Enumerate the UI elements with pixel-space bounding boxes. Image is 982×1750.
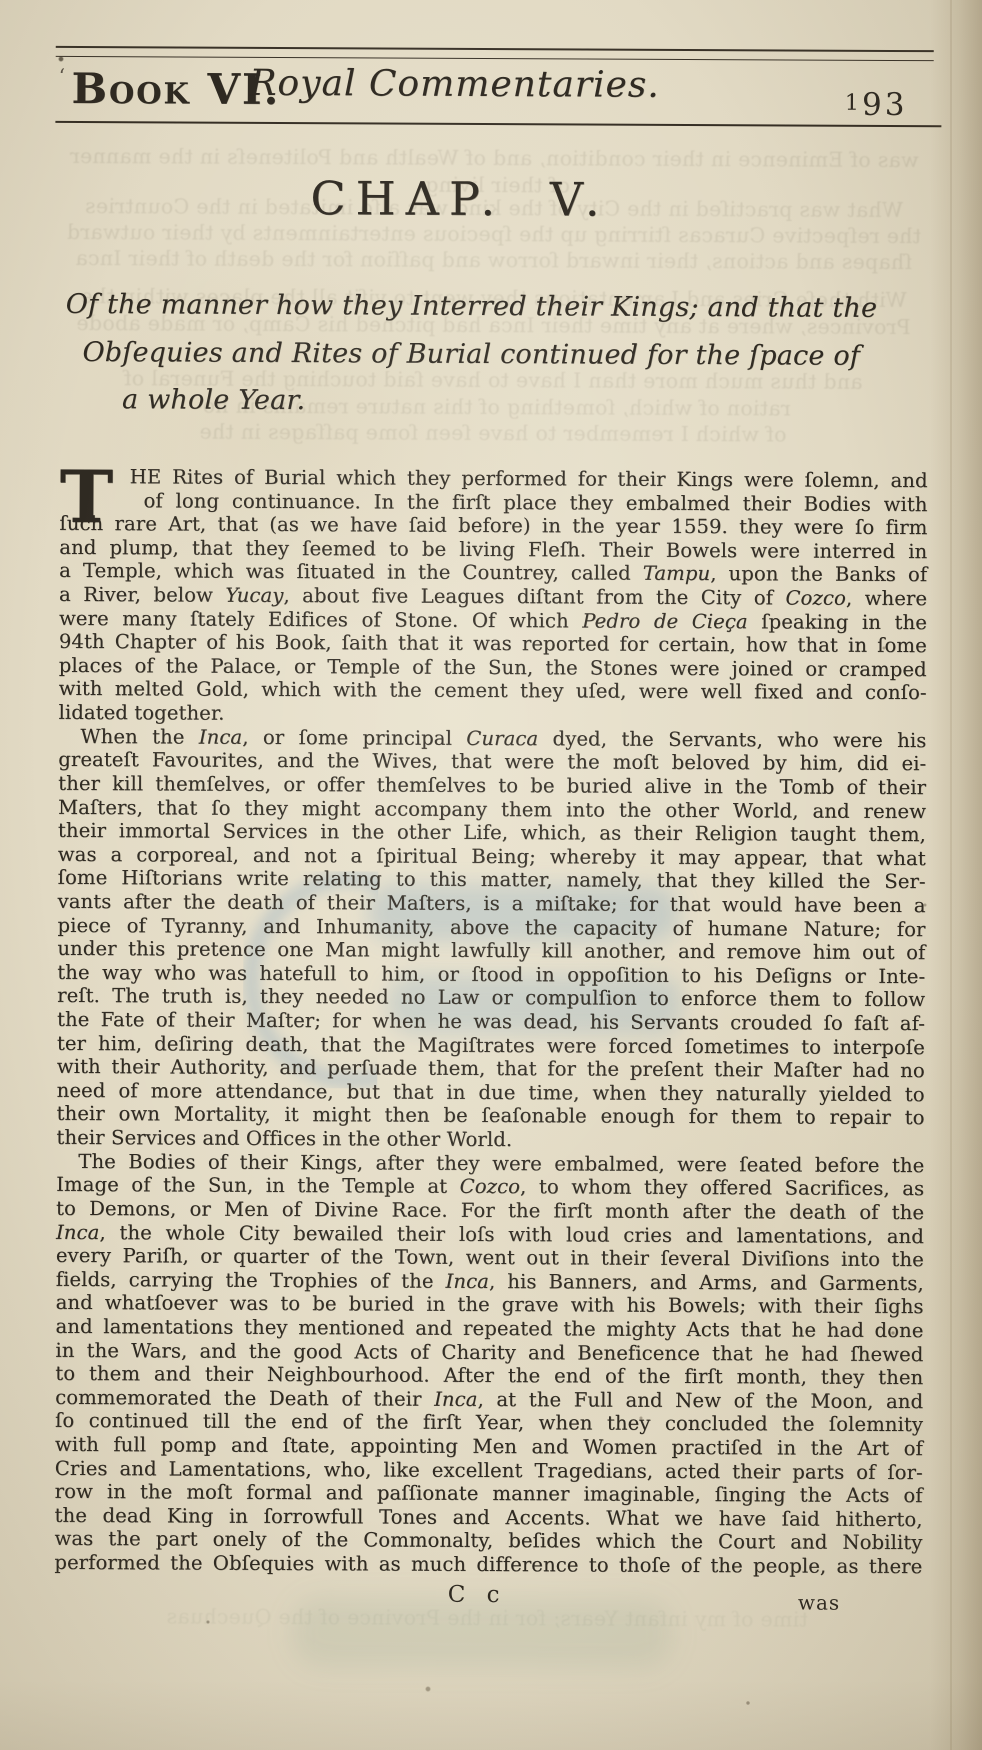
italic-term: Inca: [56, 1220, 100, 1243]
chapter-subtitle: Of the manner how they Interred their Ki…: [60, 281, 927, 428]
chapter-heading: CHAP. V.: [0, 169, 951, 228]
italic-term: Curaca: [466, 727, 538, 750]
italic-term: Inca: [434, 1388, 478, 1411]
scanned-book-page: { "page": { "book_label": "Book VI.", "r…: [0, 0, 982, 1750]
running-title: Royal Commentaries.: [0, 61, 946, 107]
text-line: ther kill themſelves, or offer themſelve…: [58, 772, 926, 800]
italic-term: Tampu: [643, 562, 711, 585]
show-through-line: was of Eminence in their condition, and …: [61, 144, 927, 172]
text-line: to Demons, or Men of Divine Race. For th…: [56, 1197, 924, 1225]
page-digit: 1: [845, 90, 862, 116]
text-line: and lamentations they mentioned and repe…: [55, 1315, 923, 1343]
subtitle-line: Of the manner how they Interred their Ki…: [38, 281, 904, 333]
italic-term: Inca: [446, 1270, 490, 1293]
drop-cap-letter: T: [59, 461, 113, 533]
page-content: was of Eminence in their condition, and …: [0, 0, 982, 1750]
page-number: 193: [845, 82, 908, 118]
paragraph: When the Inca, or ſome principal Curaca …: [56, 725, 926, 1154]
paragraph: The Bodies of their Kings, after they we…: [54, 1150, 924, 1579]
subtitle-line: Obſequies and Rites of Burial continued …: [38, 328, 904, 380]
body-text: THE Rites of Burial which they performed…: [54, 465, 927, 1579]
italic-term: Cozco: [460, 1175, 521, 1198]
page-digit: 3: [885, 87, 908, 123]
show-through-line: ſhapes and actions, their inward ſorrow …: [61, 246, 927, 274]
italic-term: Yucay: [225, 584, 283, 607]
page-digit: 9: [862, 87, 885, 123]
catchword: was: [798, 1591, 840, 1615]
italic-term: Pedro de Cieça: [582, 609, 748, 633]
subtitle-line: a whole Year.: [60, 376, 926, 428]
text-line: performed the Obſequies with as much dif…: [54, 1551, 922, 1579]
paragraph: THE Rites of Burial which they performed…: [58, 465, 927, 729]
italic-term: Cozco: [785, 586, 846, 609]
italic-term: Inca: [199, 725, 243, 748]
